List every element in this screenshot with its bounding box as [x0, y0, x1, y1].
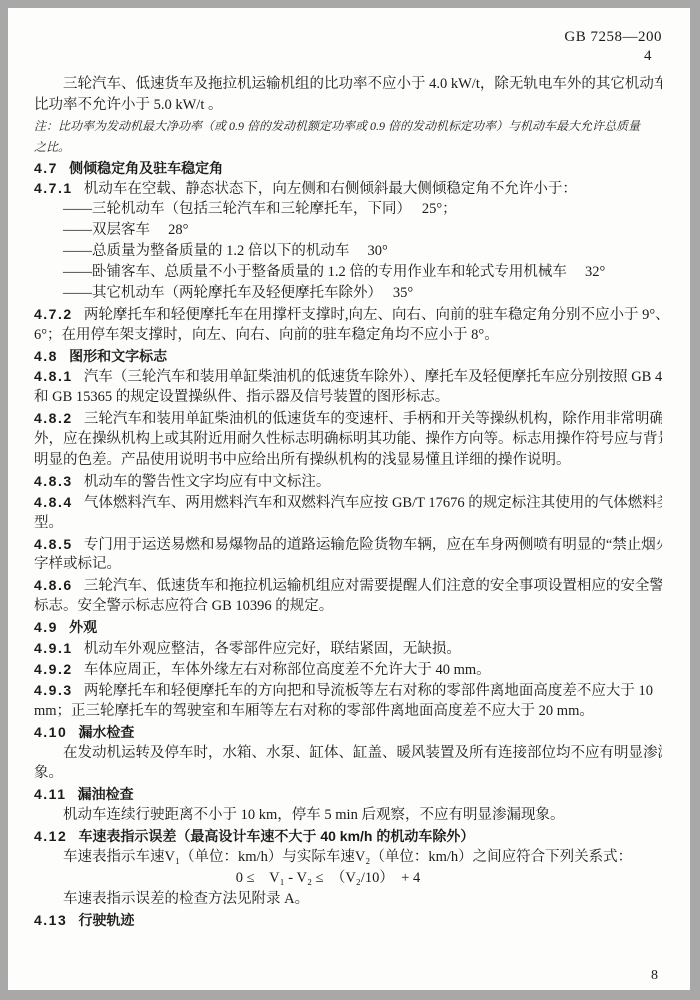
clause-line: 4.8.5专门用于运送易燃和易爆物品的道路运输危险货物车辆，应在车身两侧喷有明显…: [34, 534, 662, 555]
clause-number: 4.8: [34, 348, 58, 364]
clause-number: 4.9.2: [34, 661, 73, 677]
line-text: 机动车连续行驶距离不小于 10 km，停车 5 min 后观察，不应有明显渗漏现…: [63, 807, 564, 823]
document-body: 三轮汽车、低速货车及拖拉机运输机组的比功率不应小于 4.0 kW/t，除无轨电车…: [34, 74, 662, 931]
clause-line: 4.7.1机动车在空载、静态状态下，向左侧和右侧倾斜最大侧倾稳定角不允许小于：: [34, 178, 662, 199]
body-line: 型。: [34, 513, 662, 534]
list-item-line: ——卧铺客车、总质量不小于整备质量的 1.2 倍的专用作业车和轮式专用机械车 3…: [34, 262, 662, 283]
standard-number: GB 7258—200: [34, 28, 662, 47]
formula-line: 0 ≤ V₁ - V₂ ≤ （V₂/10） + 4: [34, 868, 662, 889]
document-page: GB 7258—200 4 三轮汽车、低速货车及拖拉机运输机组的比功率不应小于 …: [8, 8, 690, 990]
line-text: 外观: [69, 619, 97, 635]
line-text: 型。: [34, 515, 63, 531]
section-heading: 4.12车速表指示误差（最高设计车速不大于 40 km/h 的机动车除外）: [34, 826, 662, 847]
clause-number: 4.13: [34, 912, 67, 928]
section-heading: 4.7侧倾稳定角及驻车稳定角: [34, 158, 662, 179]
line-text: 侧倾稳定角及驻车稳定角: [69, 160, 223, 176]
body-line: 和 GB 15365 的规定设置操纵件、指示器及信号装置的图形标志。: [34, 387, 662, 408]
line-text: 字样或标记。: [34, 556, 121, 572]
body-line: 标志。安全警示标志应符合 GB 10396 的规定。: [34, 596, 662, 617]
line-text: 在发动机运转及停车时，水箱、水泵、缸体、缸盖、暖风装置及所有连接部位均不应有明显…: [63, 745, 662, 761]
clause-number: 4.12: [34, 828, 67, 844]
note-line: 注：比功率为发动机最大净功率（或 0.9 倍的发动机额定功率或 0.9 倍的发动…: [34, 116, 662, 137]
line-text: ——卧铺客车、总质量不小于整备质量的 1.2 倍的专用作业车和轮式专用机械车 3…: [63, 264, 605, 280]
clause-number: 4.11: [34, 786, 66, 802]
line-text: 明显的色差。产品使用说明书中应给出所有操纵机构的浅显易懂且详细的操作说明。: [34, 452, 571, 468]
list-item-line: ——其它机动车（两轮摩托车及轻便摩托车除外） 35°: [34, 283, 662, 304]
clause-number: 4.8.2: [34, 410, 73, 426]
line-text: 之比。: [34, 140, 70, 154]
line-text: 行驶轨迹: [78, 912, 134, 928]
line-text: mm；正三轮摩托车的驾驶室和车厢等左右对称的零部件离地面高度差不应大于 20 m…: [34, 703, 594, 719]
clause-line: 4.8.4气体燃料汽车、两用燃料汽车和双燃料汽车应按 GB/T 17676 的规…: [34, 492, 662, 513]
body-line: 外，应在操纵机构上或其附近用耐久性标志明确标明其功能、操作方向等。标志用操作符号…: [34, 429, 662, 450]
list-item-line: ——双层客车 28°: [34, 220, 662, 241]
page-number: 8: [651, 968, 658, 984]
clause-number: 4.8.6: [34, 577, 73, 593]
clause-number: 4.9.3: [34, 682, 73, 698]
body-line: 象。: [34, 763, 662, 784]
line-text: 两轮摩托车和轻便摩托车在用撑杆支撑时,向左、向右、向前的驻车稳定角分别不应小于 …: [84, 307, 662, 323]
line-text: 车速表指示车速V₁（单位：km/h）与实际车速V₂（单位：km/h）之间应符合下…: [63, 849, 632, 865]
line-text: 三轮汽车、低速货车及拖拉机运输机组的比功率不应小于 4.0 kW/t，除无轨电车…: [63, 76, 662, 92]
section-heading: 4.9外观: [34, 617, 662, 638]
body-line: 车速表指示误差的检查方法见附录 A。: [34, 889, 662, 910]
line-text: ——其它机动车（两轮摩托车及轻便摩托车除外） 35°: [63, 285, 413, 301]
note-line: 之比。: [34, 137, 662, 158]
line-text: 漏水检查: [78, 724, 134, 740]
clause-line: 4.9.2车体应周正，车体外缘左右对称部位高度差不允许大于 40 mm。: [34, 659, 662, 680]
clause-number: 4.7: [34, 160, 58, 176]
line-text: 6°；在用停车架支撑时，向左、向右、向前的驻车稳定角均不应小于 8°。: [34, 327, 499, 343]
section-heading: 4.11漏油检查: [34, 784, 662, 805]
line-text: 汽车（三轮汽车和装用单缸柴油机的低速货车除外）、摩托车及轻便摩托车应分别按照 G…: [84, 369, 662, 385]
list-item-line: ——总质量为整备质量的 1.2 倍以下的机动车 30°: [34, 241, 662, 262]
line-text: 漏油检查: [78, 786, 134, 802]
body-line: 机动车连续行驶距离不小于 10 km，停车 5 min 后观察，不应有明显渗漏现…: [34, 805, 662, 826]
clause-line: 4.8.1汽车（三轮汽车和装用单缸柴油机的低速货车除外）、摩托车及轻便摩托车应分…: [34, 366, 662, 387]
line-text: 图形和文字标志: [69, 348, 167, 364]
clause-line: 4.8.2三轮汽车和装用单缸柴油机的低速货车的变速杆、手柄和开关等操纵机构，除作…: [34, 408, 662, 429]
clause-number: 4.7.2: [34, 306, 73, 322]
standard-number-continuation: 4: [34, 47, 662, 66]
clause-line: 4.8.6三轮汽车、低速货车和拖拉机运输机组应对需要提醒人们注意的安全事项设置相…: [34, 575, 662, 596]
section-heading: 4.13行驶轨迹: [34, 910, 662, 931]
line-text: 机动车在空载、静态状态下，向左侧和右侧倾斜最大侧倾稳定角不允许小于：: [84, 181, 577, 197]
clause-line: 4.9.3两轮摩托车和轻便摩托车的方向把和导流板等左右对称的零部件离地面高度差不…: [34, 680, 662, 701]
clause-line: 4.8.3机动车的警告性文字均应有中文标注。: [34, 471, 662, 492]
section-heading: 4.10漏水检查: [34, 722, 662, 743]
line-text: 两轮摩托车和轻便摩托车的方向把和导流板等左右对称的零部件离地面高度差不应大于 1…: [84, 683, 653, 699]
line-text: 车速表指示误差（最高设计车速不大于 40 km/h 的机动车除外）: [78, 828, 474, 844]
line-text: 标志。安全警示标志应符合 GB 10396 的规定。: [34, 598, 333, 614]
clause-number: 4.9: [34, 619, 58, 635]
line-text: 和 GB 15365 的规定设置操纵件、指示器及信号装置的图形标志。: [34, 389, 449, 405]
section-heading: 4.8图形和文字标志: [34, 346, 662, 367]
body-line: 车速表指示车速V₁（单位：km/h）与实际车速V₂（单位：km/h）之间应符合下…: [34, 847, 662, 868]
line-text: 专门用于运送易燃和易爆物品的道路运输危险货物车辆，应在车身两侧喷有明显的“禁止烟…: [84, 537, 662, 553]
line-text: 车体应周正，车体外缘左右对称部位高度差不允许大于 40 mm。: [84, 662, 491, 678]
line-text: 注：比功率为发动机最大净功率（或 0.9 倍的发动机额定功率或 0.9 倍的发动…: [34, 119, 640, 133]
line-text: ——总质量为整备质量的 1.2 倍以下的机动车 30°: [63, 243, 388, 259]
clause-number: 4.10: [34, 724, 67, 740]
clause-line: 4.9.1机动车外观应整洁，各零部件应完好，联结紧固，无缺损。: [34, 638, 662, 659]
line-text: 象。: [34, 765, 63, 781]
body-line: 明显的色差。产品使用说明书中应给出所有操纵机构的浅显易懂且详细的操作说明。: [34, 450, 662, 471]
clause-line: 4.7.2两轮摩托车和轻便摩托车在用撑杆支撑时,向左、向右、向前的驻车稳定角分别…: [34, 304, 662, 325]
line-text: 车速表指示误差的检查方法见附录 A。: [63, 891, 309, 907]
line-text: 三轮汽车、低速货车和拖拉机运输机组应对需要提醒人们注意的安全事项设置相应的安全警…: [84, 578, 662, 594]
line-text: 比功率不允许小于 5.0 kW/t 。: [34, 97, 223, 113]
clause-number: 4.9.1: [34, 640, 73, 656]
body-line: 三轮汽车、低速货车及拖拉机运输机组的比功率不应小于 4.0 kW/t，除无轨电车…: [34, 74, 662, 95]
clause-number: 4.8.3: [34, 473, 73, 489]
line-text: ——三轮机动车（包括三轮汽车和三轮摩托车，下同） 25°；: [63, 201, 457, 217]
line-text: ——双层客车 28°: [63, 222, 188, 238]
page-header: GB 7258—200 4: [34, 28, 662, 66]
line-text: 机动车的警告性文字均应有中文标注。: [84, 474, 331, 490]
clause-number: 4.8.1: [34, 368, 73, 384]
line-text: 气体燃料汽车、两用燃料汽车和双燃料汽车应按 GB/T 17676 的规定标注其使…: [84, 495, 662, 511]
list-item-line: ——三轮机动车（包括三轮汽车和三轮摩托车，下同） 25°；: [34, 199, 662, 220]
clause-number: 4.8.5: [34, 536, 73, 552]
line-text: 机动车外观应整洁，各零部件应完好，联结紧固，无缺损。: [84, 641, 461, 657]
line-text: 0 ≤ V₁ - V₂ ≤ （V₂/10） + 4: [236, 870, 420, 886]
body-line: 比功率不允许小于 5.0 kW/t 。: [34, 95, 662, 116]
body-line: 在发动机运转及停车时，水箱、水泵、缸体、缸盖、暖风装置及所有连接部位均不应有明显…: [34, 743, 662, 764]
clause-number: 4.8.4: [34, 494, 73, 510]
body-line: 6°；在用停车架支撑时，向左、向右、向前的驻车稳定角均不应小于 8°。: [34, 325, 662, 346]
body-line: mm；正三轮摩托车的驾驶室和车厢等左右对称的零部件离地面高度差不应大于 20 m…: [34, 701, 662, 722]
line-text: 外，应在操纵机构上或其附近用耐久性标志明确标明其功能、操作方向等。标志用操作符号…: [34, 431, 662, 447]
line-text: 三轮汽车和装用单缸柴油机的低速货车的变速杆、手柄和开关等操纵机构，除作用非常明确…: [84, 411, 662, 427]
body-line: 字样或标记。: [34, 554, 662, 575]
clause-number: 4.7.1: [34, 180, 73, 196]
